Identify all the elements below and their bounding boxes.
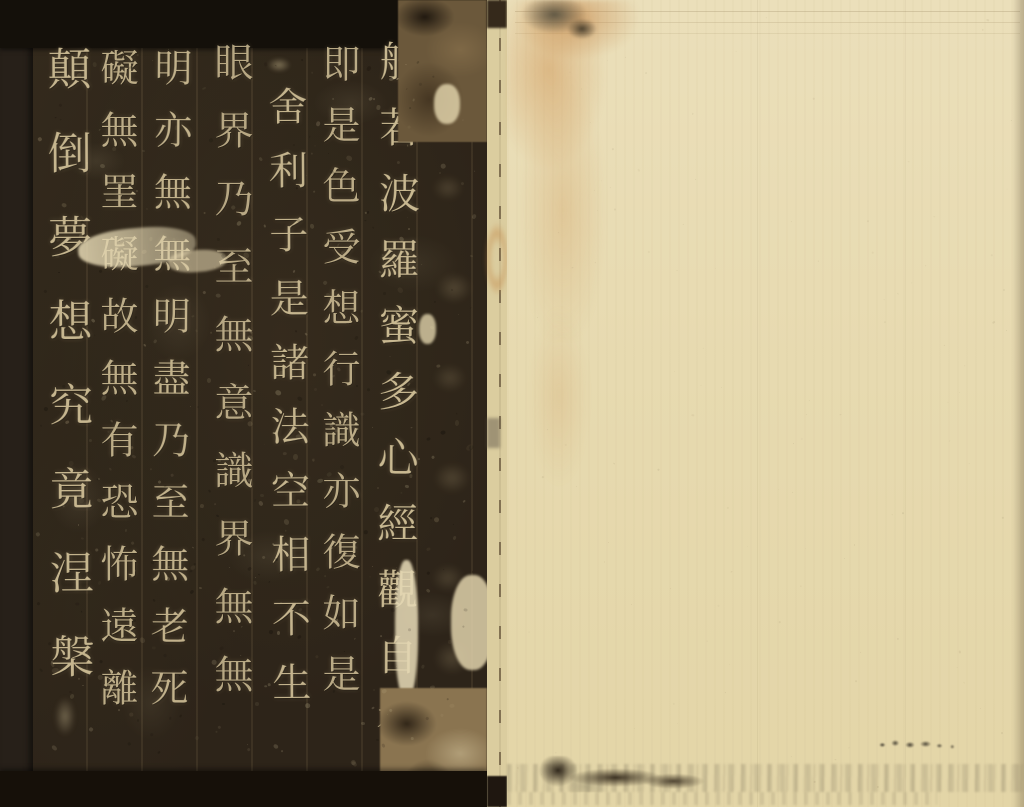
sutra-column: 明亦無無明盡乃至無老死 <box>139 48 199 730</box>
speckle <box>634 728 636 730</box>
speckle <box>673 702 676 705</box>
fold-line <box>757 0 758 807</box>
speckle <box>747 546 748 547</box>
water-stain-tail <box>519 300 599 540</box>
speckle <box>792 443 793 444</box>
gutter-dark-mark <box>487 0 507 28</box>
ink-smear <box>537 756 712 792</box>
speckle <box>613 462 615 464</box>
speckle <box>980 708 981 709</box>
speckle <box>964 364 966 366</box>
speckle <box>766 17 767 18</box>
speckle <box>707 641 708 642</box>
water-stain <box>507 0 667 340</box>
speckle <box>1007 189 1008 190</box>
rubbing-album-spread: 般若波羅蜜多心經觀自在 即是色受想行識亦復如是 舍利子是諸法空相不生 眼界乃至無… <box>0 0 1024 807</box>
ink-blotch <box>513 0 605 48</box>
speckle <box>867 220 869 222</box>
speckle <box>835 758 837 760</box>
speckle <box>1002 517 1004 519</box>
speckle <box>790 221 791 222</box>
speckle <box>703 348 704 349</box>
speckle <box>806 414 807 415</box>
speckle <box>669 588 670 589</box>
speckle <box>718 605 720 607</box>
gutter-dark-mark <box>487 776 507 807</box>
speckle <box>801 438 803 440</box>
speckle <box>554 752 556 754</box>
speckle <box>854 544 855 546</box>
speckle <box>884 299 885 300</box>
speckle <box>730 571 732 573</box>
page-gutter <box>487 0 507 807</box>
speckle <box>883 320 885 322</box>
speckle <box>872 252 874 254</box>
speckle <box>959 392 960 394</box>
speckle <box>630 604 631 605</box>
speckle <box>986 18 989 21</box>
speckle <box>948 439 950 441</box>
speckle <box>896 293 898 295</box>
paper-show-spot <box>419 314 436 344</box>
speckle <box>691 414 694 416</box>
page-edge-shadow <box>1012 0 1024 807</box>
speckle <box>860 652 861 653</box>
speckle <box>677 270 678 271</box>
gutter-stain-ring <box>485 222 509 296</box>
speckle <box>840 414 842 416</box>
speckle <box>608 542 610 544</box>
speckle <box>992 320 995 323</box>
sutra-column: 舍利子是諸法空相不生 <box>256 86 316 726</box>
speckle <box>1006 330 1007 331</box>
speckle <box>948 402 949 403</box>
speckle <box>908 161 910 163</box>
speckle <box>902 512 904 514</box>
speckle <box>726 507 729 510</box>
speckle <box>791 756 792 757</box>
speckle <box>529 632 530 633</box>
speckle <box>934 216 936 217</box>
speckle <box>779 621 781 623</box>
speckle <box>777 489 778 490</box>
blank-page <box>507 0 1024 807</box>
speckle <box>962 682 964 684</box>
speckle <box>804 548 805 549</box>
fold-line <box>905 0 906 807</box>
speckle <box>911 282 913 284</box>
speckle <box>808 400 809 401</box>
sutra-column: 眼界乃至無意識界無無 <box>202 42 258 722</box>
speckle <box>982 29 983 31</box>
speckle <box>959 650 961 653</box>
speckle <box>695 178 696 179</box>
bleed-through-band <box>507 792 937 805</box>
sutra-column: 即是色受想行識亦復如是 <box>311 44 366 715</box>
speckle <box>897 638 899 640</box>
speckle <box>818 261 819 262</box>
speckle <box>683 224 684 225</box>
speckle <box>1003 289 1005 291</box>
gutter-smudge <box>487 418 500 448</box>
speckle <box>855 680 857 682</box>
paper-show-spot <box>434 84 460 124</box>
tear-patch <box>395 560 418 700</box>
speckle <box>848 746 850 748</box>
rubbing-left-margin <box>0 0 33 807</box>
speckle <box>944 344 945 345</box>
speckle <box>729 664 730 665</box>
speckle <box>813 98 815 100</box>
speckle <box>844 558 845 559</box>
speckle <box>692 112 693 114</box>
gutter-crease-line <box>499 0 501 807</box>
speckle <box>676 723 677 724</box>
speckle <box>604 561 605 563</box>
speckle <box>657 469 659 471</box>
sutra-column: 顛倒夢想究竟涅槃 <box>32 46 100 718</box>
ink-dot-cluster <box>875 735 967 753</box>
speckle <box>892 514 893 515</box>
speckle <box>721 387 722 388</box>
speckle <box>956 667 957 668</box>
speckle <box>792 492 793 493</box>
speckle <box>801 586 802 587</box>
speckle <box>674 370 676 372</box>
faint-stroke-traces <box>50 690 80 756</box>
speckle <box>1000 732 1003 735</box>
speckle <box>925 265 926 267</box>
rubbing-page: 般若波羅蜜多心經觀自在 即是色受想行識亦復如是 舍利子是諸法空相不生 眼界乃至無… <box>0 0 487 807</box>
speckle <box>969 463 970 464</box>
speckle <box>736 51 737 52</box>
speckle <box>715 267 716 268</box>
character-fragment <box>262 52 296 78</box>
speckle <box>725 692 726 693</box>
rubbing-bottom-border <box>0 771 487 807</box>
speckle <box>991 254 993 256</box>
